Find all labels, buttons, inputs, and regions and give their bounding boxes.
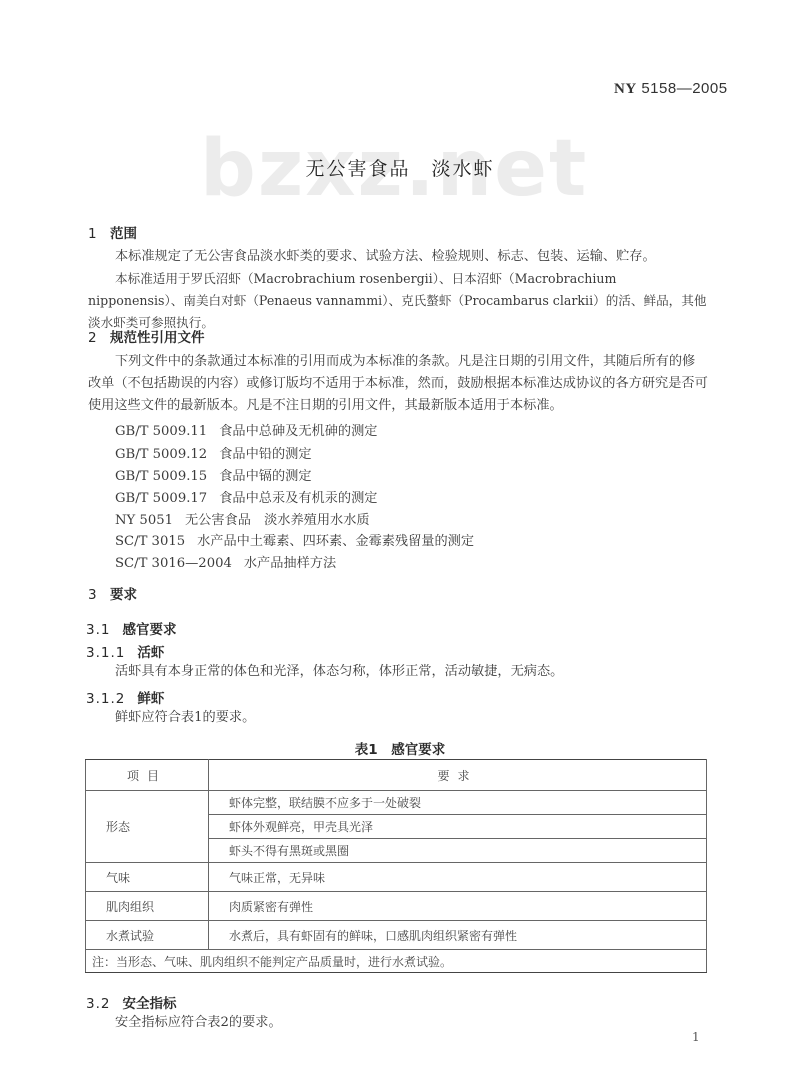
normative-references-paragraph: 下列文件中的条款通过本标准的引用而成为本标准的条款。凡是注日期的引用文件，其随后… bbox=[88, 351, 708, 417]
section-number: 3.1 bbox=[86, 622, 110, 638]
section-title: 安全指标 bbox=[122, 996, 176, 1012]
section-number: 3 bbox=[88, 587, 110, 603]
reference-code: GB/T 5009.17 bbox=[115, 491, 207, 506]
section-number: 1 bbox=[88, 226, 110, 242]
section-number: 2 bbox=[88, 330, 110, 346]
column-header-requirement: 要求 bbox=[209, 760, 707, 791]
table-row: 气味 气味正常，无异味 bbox=[86, 863, 707, 892]
standard-number: 5158—2005 bbox=[641, 80, 727, 97]
reference-item: SC/T 3016—2004水产品抽样方法 bbox=[115, 552, 336, 571]
section-number: 3.1.1 bbox=[86, 645, 125, 661]
section-title: 感官要求 bbox=[122, 622, 176, 638]
reference-item: SC/T 3015水产品中土霉素、四环素、金霉素残留量的测定 bbox=[115, 530, 474, 549]
standard-code: NY 5158—2005 bbox=[614, 80, 728, 98]
sensory-requirements-table: 项目 要求 形态 虾体完整，联结膜不应多于一处破裂 虾体外观鲜亮，甲壳具光泽 虾… bbox=[85, 759, 707, 973]
row-requirement: 虾头不得有黑斑或黑圈 bbox=[209, 839, 707, 863]
reference-item: NY 5051无公害食品 淡水养殖用水水质 bbox=[115, 509, 370, 528]
section-2-heading: 2规范性引用文件 bbox=[88, 326, 205, 346]
reference-title: 水产品抽样方法 bbox=[244, 556, 336, 571]
row-requirement: 水煮后，具有虾固有的鲜味，口感肌肉组织紧密有弹性 bbox=[209, 921, 707, 950]
table-header-row: 项目 要求 bbox=[86, 760, 707, 791]
table-row: 形态 虾体完整，联结膜不应多于一处破裂 bbox=[86, 791, 707, 815]
row-item-label: 肌肉组织 bbox=[86, 892, 209, 921]
section-number: 3.2 bbox=[86, 996, 110, 1012]
document-title: 无公害食品 淡水虾 bbox=[0, 154, 800, 181]
reference-title: 食品中总汞及有机汞的测定 bbox=[219, 491, 377, 506]
table-1-caption: 表1 感官要求 bbox=[0, 738, 800, 758]
section-3-1-2-heading: 3.1.2鲜虾 bbox=[86, 687, 164, 707]
table-row: 水煮试验 水煮后，具有虾固有的鲜味，口感肌肉组织紧密有弹性 bbox=[86, 921, 707, 950]
reference-code: SC/T 3016—2004 bbox=[115, 556, 232, 571]
row-item-label: 形态 bbox=[86, 791, 209, 863]
reference-title: 水产品中土霉素、四环素、金霉素残留量的测定 bbox=[197, 534, 474, 549]
table-row: 肌肉组织 肉质紧密有弹性 bbox=[86, 892, 707, 921]
standard-prefix: NY bbox=[614, 81, 637, 97]
reference-code: GB/T 5009.11 bbox=[115, 424, 207, 439]
section-title: 活虾 bbox=[137, 645, 164, 661]
reference-code: GB/T 5009.12 bbox=[115, 447, 207, 462]
live-shrimp-text: 活虾具有本身正常的体色和光泽，体态匀称，体形正常，活动敏捷，无病态。 bbox=[115, 661, 735, 683]
reference-code: GB/T 5009.15 bbox=[115, 469, 207, 484]
table-note: 注：当形态、气味、肌肉组织不能判定产品质量时，进行水煮试验。 bbox=[86, 950, 707, 973]
reference-item: GB/T 5009.12食品中铅的测定 bbox=[115, 443, 312, 462]
section-3-2-heading: 3.2安全指标 bbox=[86, 992, 176, 1012]
section-1-heading: 1范围 bbox=[88, 222, 137, 242]
safety-indicators-text: 安全指标应符合表2的要求。 bbox=[115, 1012, 735, 1034]
section-3-1-heading: 3.1感官要求 bbox=[86, 618, 176, 638]
reference-title: 无公害食品 淡水养殖用水水质 bbox=[185, 513, 370, 528]
scope-paragraph-2: 本标准适用于罗氏沼虾（Macrobrachium rosenbergii）、日本… bbox=[88, 268, 708, 334]
reference-title: 食品中总砷及无机砷的测定 bbox=[219, 424, 377, 439]
reference-code: SC/T 3015 bbox=[115, 534, 185, 549]
scope-paragraph-1: 本标准规定了无公害食品淡水虾类的要求、试验方法、检验规则、标志、包装、运输、贮存… bbox=[88, 246, 708, 268]
row-requirement: 虾体外观鲜亮，甲壳具光泽 bbox=[209, 815, 707, 839]
page-number: 1 bbox=[692, 1030, 700, 1044]
row-requirement: 肉质紧密有弹性 bbox=[209, 892, 707, 921]
section-title: 要求 bbox=[110, 587, 137, 603]
reference-title: 食品中铅的测定 bbox=[219, 447, 311, 462]
reference-item: GB/T 5009.17食品中总汞及有机汞的测定 bbox=[115, 487, 377, 506]
section-3-heading: 3要求 bbox=[88, 583, 137, 603]
row-requirement: 气味正常，无异味 bbox=[209, 863, 707, 892]
table-note-row: 注：当形态、气味、肌肉组织不能判定产品质量时，进行水煮试验。 bbox=[86, 950, 707, 973]
reference-item: GB/T 5009.15食品中镉的测定 bbox=[115, 465, 312, 484]
fresh-shrimp-text: 鲜虾应符合表1的要求。 bbox=[115, 707, 735, 729]
row-item-label: 水煮试验 bbox=[86, 921, 209, 950]
column-header-item: 项目 bbox=[86, 760, 209, 791]
section-number: 3.1.2 bbox=[86, 691, 125, 707]
section-title: 鲜虾 bbox=[137, 691, 164, 707]
row-requirement: 虾体完整，联结膜不应多于一处破裂 bbox=[209, 791, 707, 815]
reference-title: 食品中镉的测定 bbox=[219, 469, 311, 484]
row-item-label: 气味 bbox=[86, 863, 209, 892]
section-3-1-1-heading: 3.1.1活虾 bbox=[86, 641, 164, 661]
reference-item: GB/T 5009.11食品中总砷及无机砷的测定 bbox=[115, 420, 377, 439]
reference-code: NY 5051 bbox=[115, 513, 173, 528]
section-title: 范围 bbox=[110, 226, 137, 242]
section-title: 规范性引用文件 bbox=[110, 330, 205, 346]
